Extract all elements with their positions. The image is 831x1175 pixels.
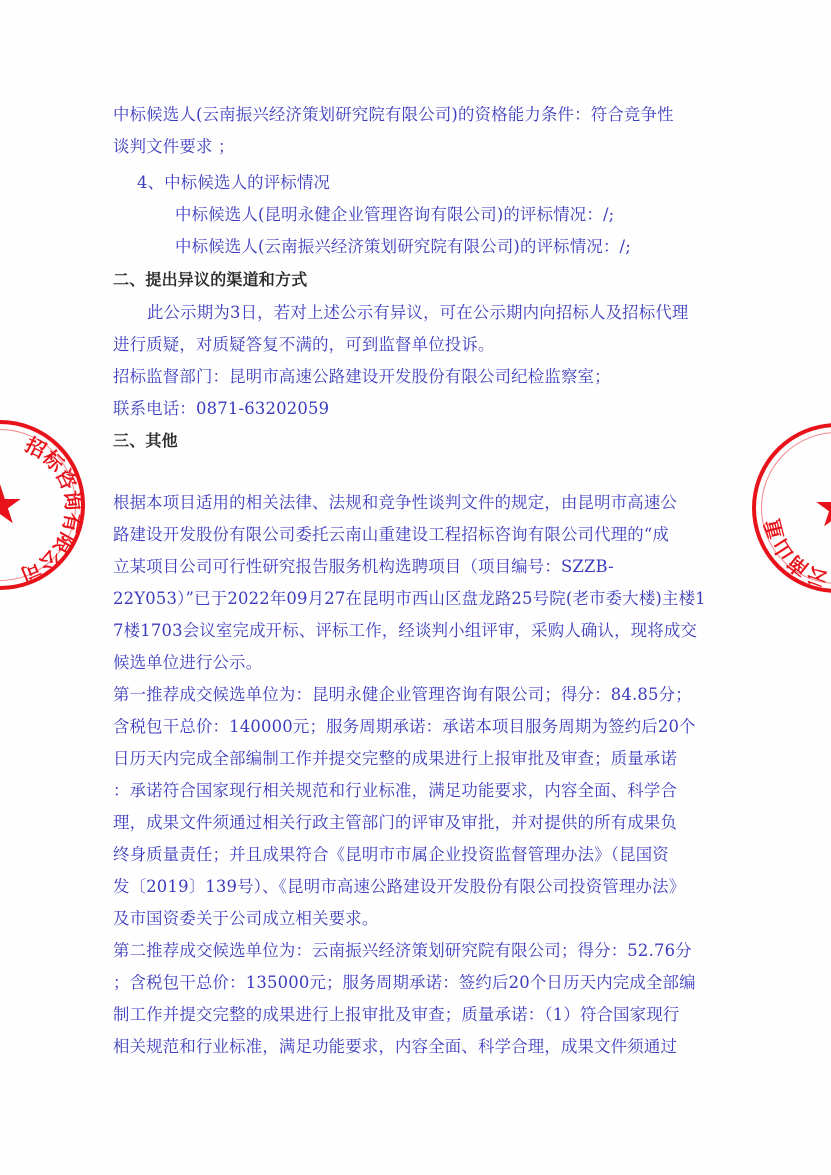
qualification-line-2: 谈判文件要求 ；: [113, 137, 235, 157]
other-para-line-6: 候选单位进行公示。: [113, 653, 262, 673]
other-para-line-4: 22Y053）”已于2022年09月27在昆明市西山区盘龙路25号院(老市委大楼…: [113, 589, 706, 609]
section-4-title: 4、中标候选人的评标情况: [137, 173, 330, 193]
objection-para-line-2: 进行质疑，对质疑答复不满的，可到监督单位投诉。: [113, 335, 495, 355]
first-candidate-line-2: 含税包干总价：140000元；服务周期承诺：承诺本项目服务周期为签约后20个: [113, 717, 696, 737]
company-seal-right: 云南山重建设工程 ★: [752, 423, 831, 593]
first-candidate-line-1: 第一推荐成交候选单位为：昆明永健企业管理咨询有限公司；得分：84.85分；: [113, 685, 692, 705]
document-page: 中标候选人(云南振兴经济策划研究院有限公司)的资格能力条件：符合竞争性 谈判文件…: [0, 0, 831, 1175]
svg-text:招标咨询有限公司: 招标咨询有限公司: [17, 432, 85, 587]
first-candidate-line-8: 及市国资委关于公司成立相关要求。: [113, 909, 378, 929]
evaluation-candidate-1: 中标候选人(昆明永健企业管理咨询有限公司)的评标情况：/;: [175, 205, 614, 225]
first-candidate-line-6: 终身质量责任；并且成果符合《昆明市市属企业投资监督管理办法》（昆国资: [113, 845, 669, 865]
other-para-line-1: 根据本项目适用的相关法律、法规和竞争性谈判文件的规定，由昆明市高速公: [113, 493, 677, 513]
first-candidate-line-5: 理，成果文件须通过相关行政主管部门的评审及审批，并对提供的所有成果负: [113, 813, 677, 833]
contact-phone: 联系电话：0871-63202059: [113, 399, 329, 419]
evaluation-candidate-2: 中标候选人(云南振兴经济策划研究院有限公司)的评标情况：/;: [175, 237, 631, 257]
qualification-line-1: 中标候选人(云南振兴经济策划研究院有限公司)的资格能力条件：符合竞争性: [113, 105, 674, 125]
second-candidate-line-2: ；含税包干总价：135000元；服务周期承诺：签约后20个日历天内完成全部编: [113, 973, 696, 993]
second-candidate-line-3: 制工作并提交完整的成果进行上报审批及审查；质量承诺：（1）符合国家现行: [113, 1005, 680, 1025]
company-seal-left: 招标咨询有限公司 ★: [0, 420, 85, 590]
second-candidate-line-4: 相关规范和行业标准，满足功能要求，内容全面、科学合理，成果文件须通过: [113, 1037, 677, 1057]
section-2-heading: 二、提出异议的渠道和方式: [113, 270, 307, 290]
other-para-line-5: 7楼1703会议室完成开标、评标工作，经谈判小组评审，采购人确认，现将成交: [113, 621, 697, 641]
star-icon: ★: [0, 478, 24, 532]
other-para-line-2: 路建设开发股份有限公司委托云南山重建设工程招标咨询有限公司代理的“成: [113, 525, 669, 545]
first-candidate-line-7: 发〔2019〕139号）、《昆明市高速公路建设开发股份有限公司投资管理办法》: [113, 877, 685, 897]
first-candidate-line-3: 日历天内完成全部编制工作并提交完整的成果进行上报审批及审查；质量承诺: [113, 749, 677, 769]
supervision-dept: 招标监督部门：昆明市高速公路建设开发股份有限公司纪检监察室；: [113, 367, 611, 387]
first-candidate-line-4: ：承诺符合国家现行相关规范和行业标准，满足功能要求，内容全面、科学合: [113, 781, 677, 801]
section-3-heading: 三、其他: [113, 431, 178, 451]
star-icon: ★: [813, 481, 831, 535]
second-candidate-line-1: 第二推荐成交候选单位为：云南振兴经济策划研究院有限公司；得分：52.76分: [113, 941, 692, 961]
objection-para-line-1: 此公示期为3日，若对上述公示有异议，可在公示期内向招标人及招标代理: [147, 303, 689, 323]
other-para-line-3: 立某项目公司可行性研究报告服务机构选聘项目（项目编号：SZZB-: [113, 557, 614, 577]
